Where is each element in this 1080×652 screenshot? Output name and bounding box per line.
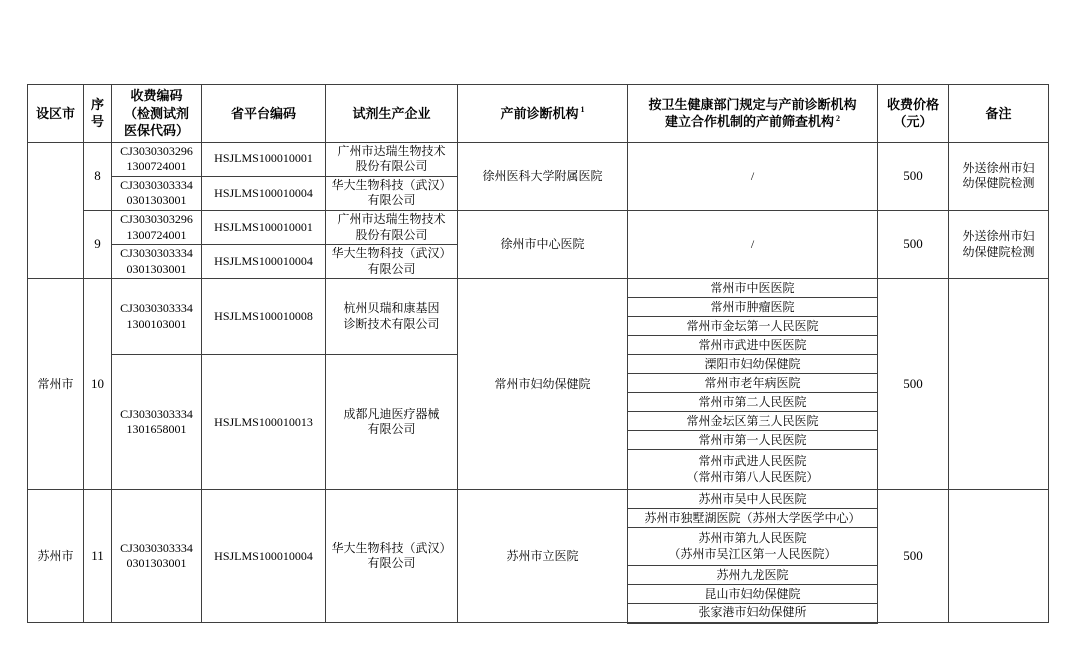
row-no-cell: 9 xyxy=(84,211,112,279)
platform-code-cell: HSJLMS100010001 xyxy=(202,211,326,245)
screening-cell: 常州市第一人民医院 xyxy=(628,431,878,450)
diagnosis-cell: 苏州市立医院 xyxy=(458,490,628,623)
remark-cell xyxy=(949,279,1049,490)
screening-cell: 苏州市独墅湖医院（苏州大学医学中心） xyxy=(628,509,878,528)
screening-cell: 张家港市妇幼保健所 xyxy=(628,604,878,623)
remark-cell: 外送徐州市妇 幼保健院检测 xyxy=(949,142,1049,210)
price-cell: 500 xyxy=(878,211,949,279)
charge-code-cell: CJ3030303296 1300724001 xyxy=(112,211,202,245)
charge-code-cell: CJ3030303334 1301658001 xyxy=(112,355,202,490)
header-producer: 试剂生产企业 xyxy=(326,85,458,143)
platform-code-cell: HSJLMS100010008 xyxy=(202,279,326,355)
producer-cell: 华大生物科技（武汉） 有限公司 xyxy=(326,176,458,210)
city-cell xyxy=(28,142,84,279)
header-charge-code: 收费编码 （检测试剂 医保代码） xyxy=(112,85,202,143)
screening-cell: 常州市武进人民医院 （常州市第八人民医院） xyxy=(628,450,878,490)
producer-cell: 华大生物科技（武汉） 有限公司 xyxy=(326,490,458,623)
footnote-mark-1: 1 xyxy=(581,105,585,114)
screening-cell: 常州市老年病医院 xyxy=(628,374,878,393)
remark-cell: 外送徐州市妇 幼保健院检测 xyxy=(949,211,1049,279)
producer-cell: 华大生物科技（武汉） 有限公司 xyxy=(326,245,458,279)
screening-cell: 常州市武进中医医院 xyxy=(628,336,878,355)
price-cell: 500 xyxy=(878,490,949,623)
producer-cell: 成都凡迪医疗器械 有限公司 xyxy=(326,355,458,490)
screening-cell: / xyxy=(628,211,878,279)
header-remark: 备注 xyxy=(949,85,1049,143)
screening-cell: 常州金坛区第三人民医院 xyxy=(628,412,878,431)
row-no-cell: 10 xyxy=(84,279,112,490)
header-city: 设区市 xyxy=(28,85,84,143)
price-cell: 500 xyxy=(878,279,949,490)
header-screening-label: 按卫生健康部门规定与产前诊断机构 建立合作机制的产前筛查机构 xyxy=(648,97,856,130)
diagnosis-cell: 常州市妇幼保健院 xyxy=(458,279,628,490)
screening-cell: 昆山市妇幼保健院 xyxy=(628,585,878,604)
screening-cell: 苏州市吴中人民医院 xyxy=(628,490,878,509)
charge-code-cell: CJ3030303334 1300103001 xyxy=(112,279,202,355)
screening-cell: / xyxy=(628,142,878,210)
row-no-cell: 8 xyxy=(84,142,112,210)
platform-code-cell: HSJLMS100010001 xyxy=(202,142,326,176)
screening-cell: 苏州市第九人民医院 （苏州市吴江区第一人民医院） xyxy=(628,528,878,566)
row-no-cell: 11 xyxy=(84,490,112,623)
diagnosis-cell: 徐州医科大学附属医院 xyxy=(458,142,628,210)
platform-code-cell: HSJLMS100010004 xyxy=(202,245,326,279)
producer-cell: 广州市达瑞生物技术 股份有限公司 xyxy=(326,211,458,245)
header-screening: 按卫生健康部门规定与产前诊断机构 建立合作机制的产前筛查机构2 xyxy=(628,85,878,143)
header-platform-code: 省平台编码 xyxy=(202,85,326,143)
header-diagnosis-label: 产前诊断机构 xyxy=(500,106,578,121)
header-no: 序 号 xyxy=(84,85,112,143)
price-cell: 500 xyxy=(878,142,949,210)
diagnosis-cell: 徐州市中心医院 xyxy=(458,211,628,279)
remark-cell xyxy=(949,490,1049,623)
charge-code-cell: CJ3030303334 0301303001 xyxy=(112,176,202,210)
city-cell: 常州市 xyxy=(28,279,84,490)
screening-cell: 常州市金坛第一人民医院 xyxy=(628,317,878,336)
platform-code-cell: HSJLMS100010013 xyxy=(202,355,326,490)
city-cell: 苏州市 xyxy=(28,490,84,623)
charge-code-cell: CJ3030303296 1300724001 xyxy=(112,142,202,176)
producer-cell: 杭州贝瑞和康基因 诊断技术有限公司 xyxy=(326,279,458,355)
header-price: 收费价格 （元） xyxy=(878,85,949,143)
charge-code-cell: CJ3030303334 0301303001 xyxy=(112,245,202,279)
platform-code-cell: HSJLMS100010004 xyxy=(202,176,326,210)
footnote-mark-2: 2 xyxy=(836,114,840,123)
document-page: 设区市 序 号 收费编码 （检测试剂 医保代码） 省平台编码 试剂生产企业 产前… xyxy=(0,0,1080,652)
screening-cell: 常州市中医医院 xyxy=(628,279,878,298)
screening-cell: 常州市第二人民医院 xyxy=(628,393,878,412)
platform-code-cell: HSJLMS100010004 xyxy=(202,490,326,623)
screening-cell: 常州市肿瘤医院 xyxy=(628,298,878,317)
fee-table: 设区市 序 号 收费编码 （检测试剂 医保代码） 省平台编码 试剂生产企业 产前… xyxy=(27,84,1049,624)
screening-cell: 苏州九龙医院 xyxy=(628,566,878,585)
producer-cell: 广州市达瑞生物技术 股份有限公司 xyxy=(326,142,458,176)
header-diagnosis: 产前诊断机构1 xyxy=(458,85,628,143)
charge-code-cell: CJ3030303334 0301303001 xyxy=(112,490,202,623)
screening-cell: 溧阳市妇幼保健院 xyxy=(628,355,878,374)
